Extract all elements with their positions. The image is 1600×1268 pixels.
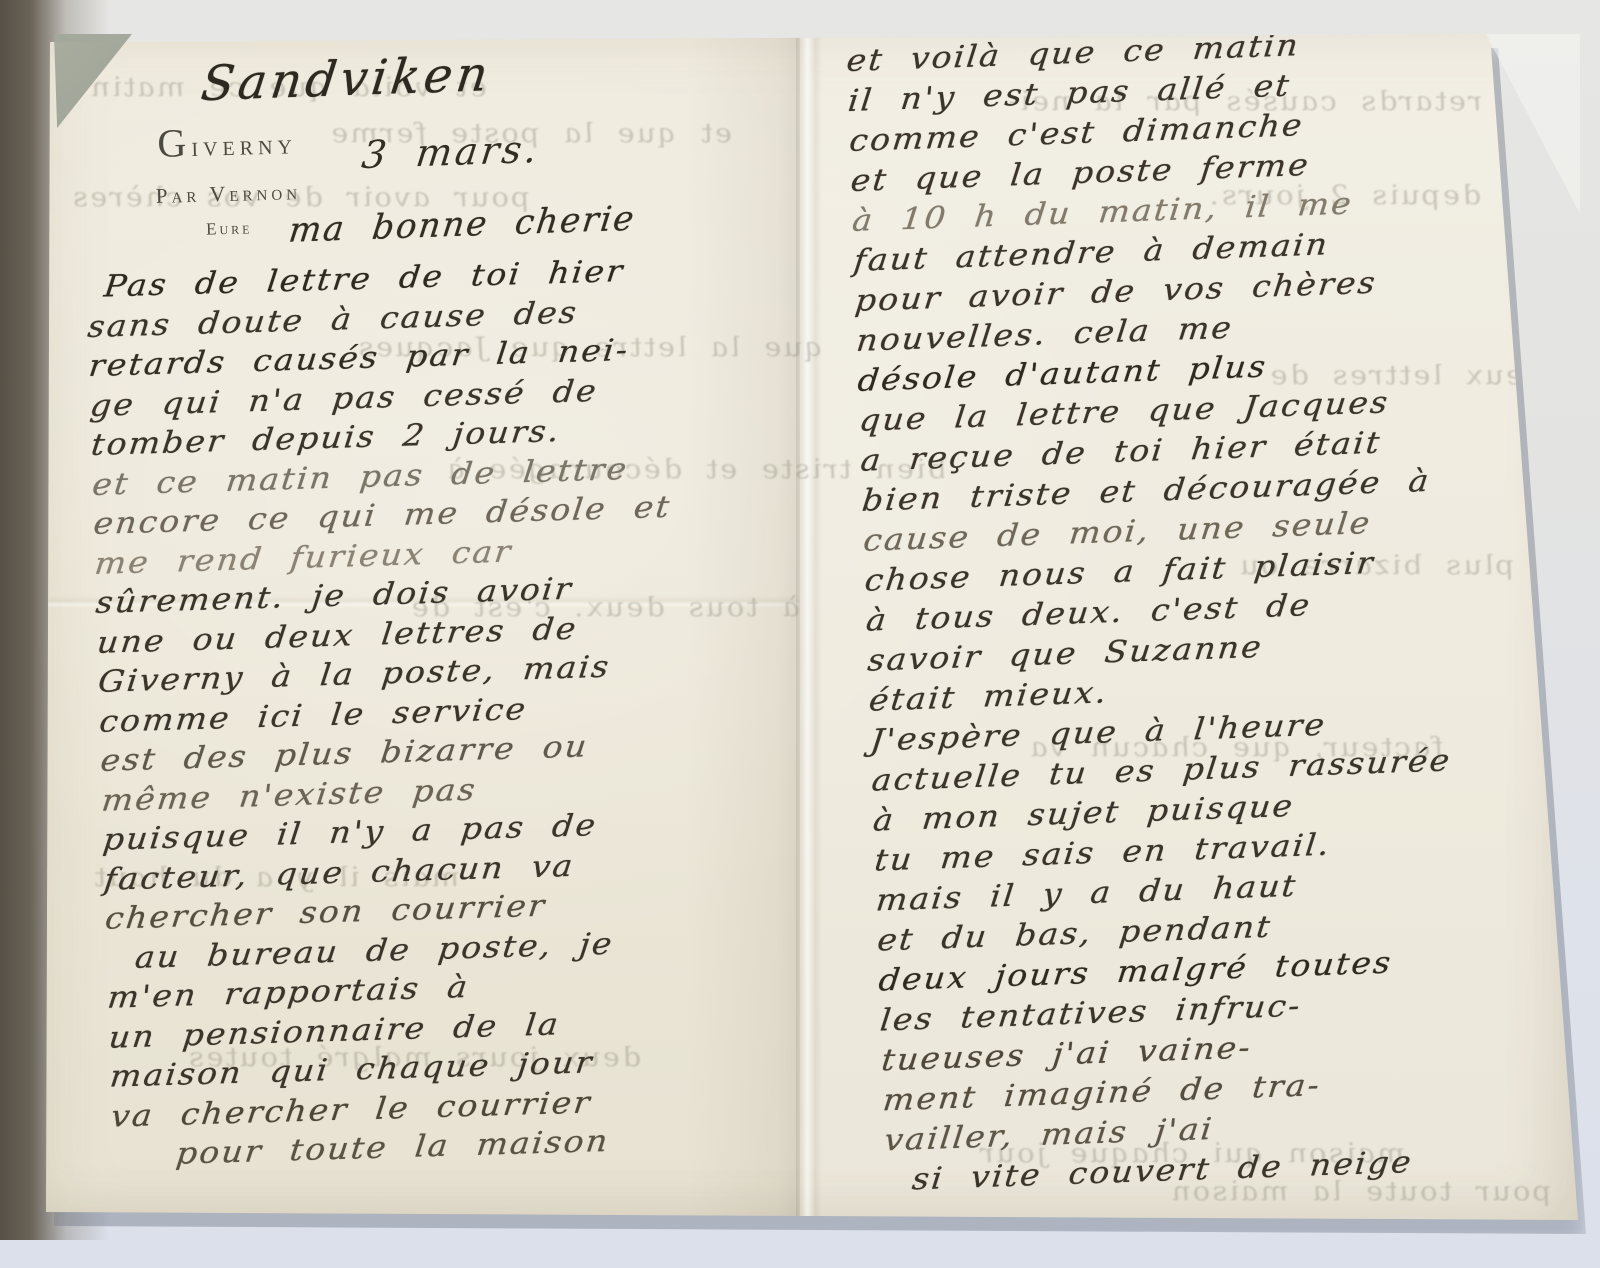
letterhead-par-vernon: par Vernon [92, 171, 365, 212]
date-script: 3 mars. [359, 127, 542, 177]
right-page-text: et voilà que ce matinil n'y est pas allé… [846, 17, 1600, 1202]
letter-paper: et voilà que ce matin et que la poste fe… [44, 30, 1580, 1234]
letterhead-giverny: Giverny [90, 114, 363, 168]
photo-backdrop: et voilà que ce matin et que la poste fe… [0, 0, 1600, 1268]
left-page-text: Pas de lettre de toi hiersans doute à ca… [86, 247, 818, 1176]
city-script: Sandviken [198, 39, 685, 112]
